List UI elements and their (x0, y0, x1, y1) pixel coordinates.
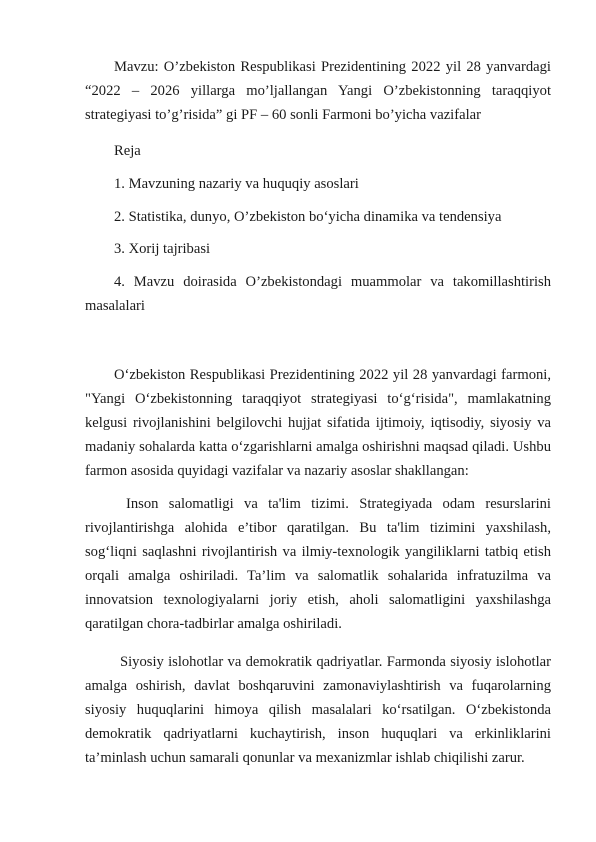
intro-paragraph: O‘zbekiston Respublikasi Prezidentining … (85, 363, 551, 483)
document-page: Mavzu: O’zbekiston Respublikasi Preziden… (0, 0, 596, 842)
plan-item-3: 3. Xorij tajribasi (85, 237, 551, 261)
topic-title: Mavzu: O’zbekiston Respublikasi Preziden… (85, 55, 551, 127)
plan-item-4: 4. Mavzu doirasida O’zbekistondagi muamm… (85, 270, 551, 318)
political-reforms-paragraph: Siyosiy islohotlar va demokratik qadriya… (85, 650, 551, 770)
plan-item-2: 2. Statistika, dunyo, O’zbekiston bo‘yic… (85, 205, 551, 229)
plan-item-1: 1. Mavzuning nazariy va huquqiy asoslari (85, 172, 551, 196)
plan-heading: Reja (85, 139, 551, 163)
health-education-paragraph: Inson salomatligi va ta'lim tizimi. Stra… (85, 492, 551, 636)
